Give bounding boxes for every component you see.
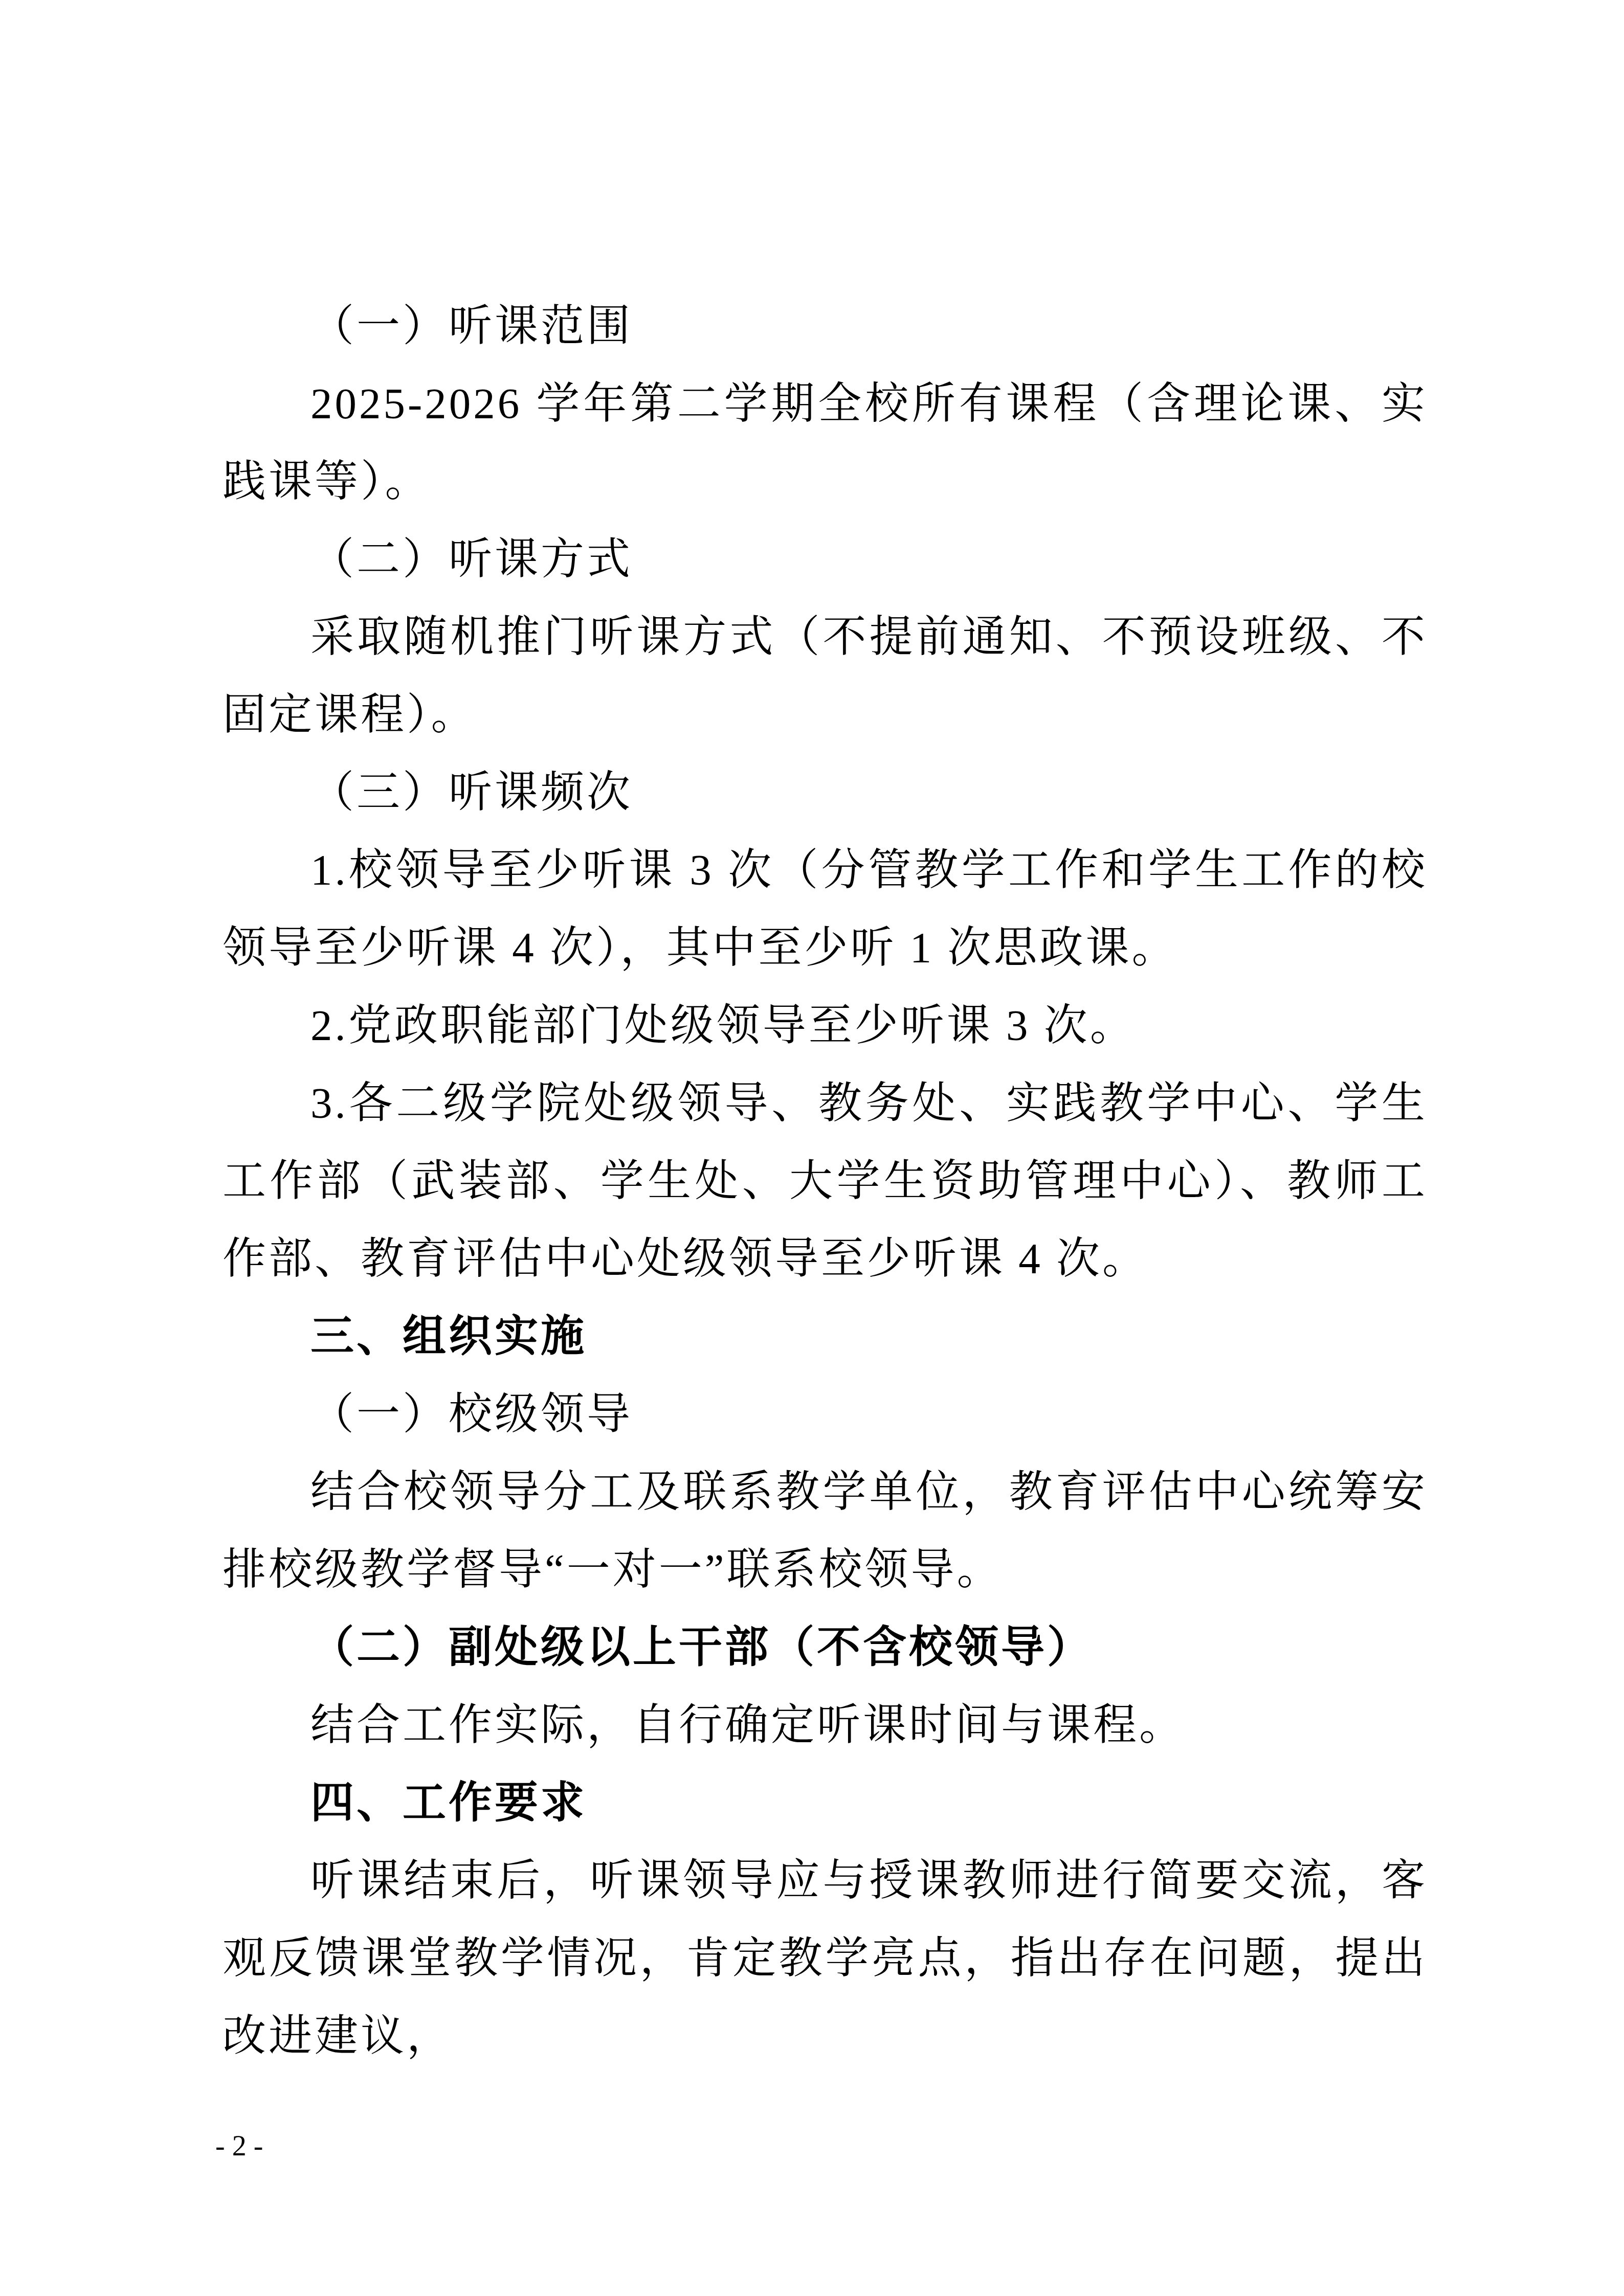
document-body: （一）听课范围2025-2026 学年第二学期全校所有课程（含理论课、实践课等）… [223, 287, 1428, 2075]
page-number: - 2 - [215, 2131, 263, 2162]
body-paragraph: 采取随机推门听课方式（不提前通知、不预设班级、不固定课程）。 [223, 598, 1428, 754]
section-heading: （二）听课方式 [223, 521, 1428, 598]
body-paragraph: 听课结束后，听课领导应与授课教师进行简要交流，客观反馈课堂教学情况，肯定教学亮点… [223, 1842, 1428, 2075]
body-paragraph: 1.校领导至少听课 3 次（分管教学工作和学生工作的校领导至少听课 4 次），其… [223, 831, 1428, 987]
body-paragraph: 2025-2026 学年第二学期全校所有课程（含理论课、实践课等）。 [223, 365, 1428, 521]
section-heading: 三、组织实施 [223, 1298, 1428, 1376]
section-heading: （一）听课范围 [223, 287, 1428, 365]
body-paragraph: 结合校领导分工及联系教学单位，教育评估中心统筹安排校级教学督导“一对一”联系校领… [223, 1453, 1428, 1609]
body-paragraph: 2.党政职能部门处级领导至少听课 3 次。 [223, 987, 1428, 1065]
section-heading: （一）校级领导 [223, 1376, 1428, 1453]
body-paragraph: 3.各二级学院处级领导、教务处、实践教学中心、学生工作部（武装部、学生处、大学生… [223, 1065, 1428, 1298]
body-paragraph: 结合工作实际，自行确定听课时间与课程。 [223, 1686, 1428, 1764]
section-heading: （三）听课频次 [223, 754, 1428, 831]
section-heading: 四、工作要求 [223, 1764, 1428, 1842]
section-heading: （二）副处级以上干部（不含校领导） [223, 1609, 1428, 1686]
